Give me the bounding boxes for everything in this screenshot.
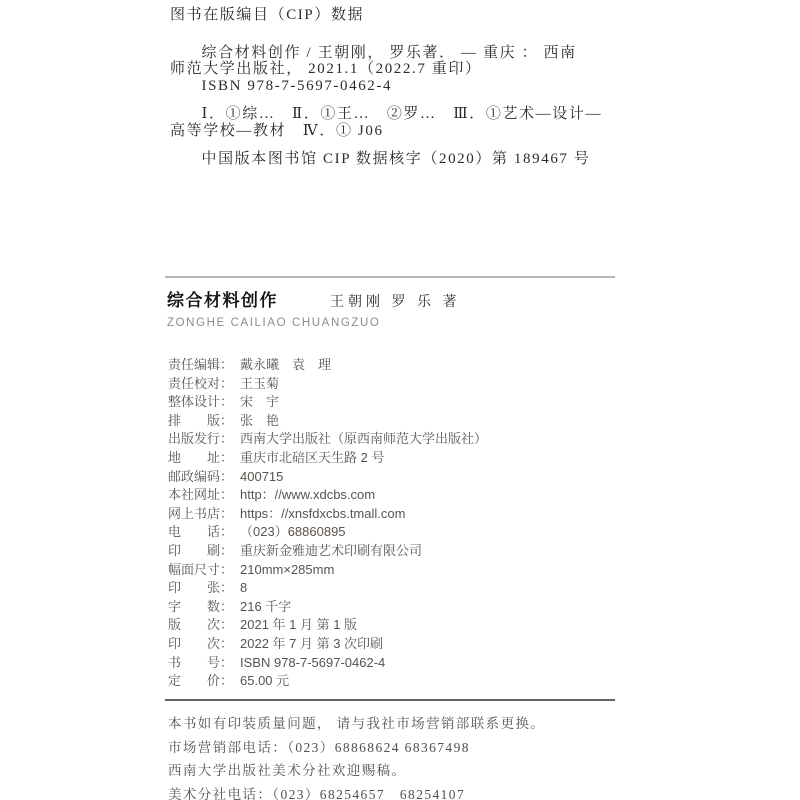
- info-row-website: 本社网址：http：//www.xdcbs.com: [168, 486, 648, 505]
- info-row-address: 地 址：重庆市北碚区天生路 2 号: [168, 449, 648, 468]
- info-value: 戴永曦 袁 理: [240, 357, 331, 372]
- info-label: 邮政编码：: [168, 468, 240, 487]
- info-label: 电 话：: [168, 523, 240, 542]
- info-row-dimensions: 幅面尺寸：210mm×285mm: [168, 561, 648, 580]
- info-value: 重庆新金雅迪艺术印刷有限公司: [240, 543, 422, 558]
- cip-header: 图书在版编目（CIP）数据: [170, 7, 730, 24]
- info-row-online-store: 网上书店：https：//xnsfdxcbs.tmall.com: [168, 505, 648, 524]
- info-label: 责任编辑：: [168, 356, 240, 375]
- info-row-sheets: 印 张：8: [168, 579, 648, 598]
- art-branch-phone: 美术分社电话：（023）68254657 68254107: [168, 783, 688, 800]
- info-value: （023）68860895: [240, 524, 346, 539]
- info-value: 216 千字: [240, 599, 291, 614]
- info-row-typesetter: 排 版：张 艳: [168, 412, 648, 431]
- info-row-price: 定 价：65.00 元: [168, 672, 648, 691]
- marketing-phone: 市场营销部电话：（023）68868624 68367498: [168, 736, 688, 760]
- info-value: 王玉菊: [240, 376, 279, 391]
- info-value: 65.00 元: [240, 673, 289, 688]
- copyright-page: 图书在版编目（CIP）数据 综合材料创作 / 王朝刚， 罗乐著． — 重庆 ： …: [0, 0, 800, 800]
- info-label: 整体设计：: [168, 393, 240, 412]
- cip-record-number: 中国版本图书馆 CIP 数据核字（2020）第 189467 号: [170, 151, 730, 168]
- info-row-edition: 版 次：2021 年 1 月 第 1 版: [168, 616, 648, 635]
- info-label: 印 张：: [168, 579, 240, 598]
- info-row-isbn: 书 号：ISBN 978-7-5697-0462-4: [168, 654, 648, 673]
- quality-notice: 本书如有印装质量问题， 请与我社市场营销部联系更换。: [168, 712, 688, 736]
- info-row-printer: 印 刷：重庆新金雅迪艺术印刷有限公司: [168, 542, 648, 561]
- info-row-postcode: 邮政编码：400715: [168, 468, 648, 487]
- info-label: 排 版：: [168, 412, 240, 431]
- info-label: 地 址：: [168, 449, 240, 468]
- info-value: 张 艳: [240, 413, 279, 428]
- cip-entry-line-2: 师范大学出版社， 2021.1（2022.7 重印）: [170, 61, 730, 78]
- info-value: 210mm×285mm: [240, 562, 334, 577]
- info-label: 网上书店：: [168, 505, 240, 524]
- info-value: 400715: [240, 469, 283, 484]
- submission-notice: 西南大学出版社美术分社欢迎赐稿。: [168, 759, 688, 783]
- info-value: http：//www.xdcbs.com: [240, 487, 375, 502]
- info-label: 责任校对：: [168, 375, 240, 394]
- bottom-divider: [165, 699, 615, 701]
- title-row: 综合材料创作 王朝刚 罗 乐 著: [167, 286, 627, 311]
- info-value: 2021 年 1 月 第 1 版: [240, 617, 357, 632]
- info-label: 幅面尺寸：: [168, 561, 240, 580]
- top-divider: [165, 276, 615, 278]
- publication-info-list: 责任编辑：戴永曦 袁 理 责任校对：王玉菊 整体设计：宋 宇 排 版：张 艳 出…: [168, 356, 648, 691]
- info-value: 重庆市北碚区天生路 2 号: [240, 450, 384, 465]
- info-row-impression: 印 次：2022 年 7 月 第 3 次印刷: [168, 635, 648, 654]
- info-label: 印 次：: [168, 635, 240, 654]
- book-authors: 王朝刚 罗 乐 著: [330, 291, 461, 311]
- info-value: https：//xnsfdxcbs.tmall.com: [240, 506, 405, 521]
- info-row-phone: 电 话：（023）68860895: [168, 523, 648, 542]
- info-row-publisher: 出版发行：西南大学出版社（原西南师范大学出版社）: [168, 430, 648, 449]
- info-row-editor: 责任编辑：戴永曦 袁 理: [168, 356, 648, 375]
- info-row-word-count: 字 数：216 千字: [168, 598, 648, 617]
- info-value: ISBN 978-7-5697-0462-4: [240, 655, 385, 670]
- cip-classification-line-1: Ⅰ．①综… Ⅱ．①王… ②罗… Ⅲ．①艺术—设计—: [170, 106, 730, 123]
- book-title: 综合材料创作: [167, 286, 278, 311]
- info-value: 宋 宇: [240, 394, 279, 409]
- cip-entry-line-1: 综合材料创作 / 王朝刚， 罗乐著． — 重庆 ： 西南: [170, 45, 730, 62]
- info-label: 书 号：: [168, 654, 240, 673]
- info-label: 出版发行：: [168, 430, 240, 449]
- title-block: 综合材料创作 王朝刚 罗 乐 著 ZONGHE CAILIAO CHUANGZU…: [167, 286, 627, 329]
- info-row-proofreader: 责任校对：王玉菊: [168, 375, 648, 394]
- cip-classification-line-2: 高等学校—教材 Ⅳ．① J06: [170, 123, 730, 140]
- cip-isbn: ISBN 978-7-5697-0462-4: [170, 78, 730, 95]
- info-label: 印 刷：: [168, 542, 240, 561]
- info-value: 8: [240, 580, 247, 595]
- info-label: 字 数：: [168, 598, 240, 617]
- info-value: 西南大学出版社（原西南师范大学出版社）: [240, 431, 487, 446]
- footer-notes: 本书如有印装质量问题， 请与我社市场营销部联系更换。 市场营销部电话：（023）…: [168, 712, 688, 800]
- info-label: 版 次：: [168, 616, 240, 635]
- info-label: 本社网址：: [168, 486, 240, 505]
- info-value: 2022 年 7 月 第 3 次印刷: [240, 636, 383, 651]
- info-row-designer: 整体设计：宋 宇: [168, 393, 648, 412]
- cip-block: 图书在版编目（CIP）数据 综合材料创作 / 王朝刚， 罗乐著． — 重庆 ： …: [170, 7, 730, 168]
- book-title-pinyin: ZONGHE CAILIAO CHUANGZUO: [167, 317, 627, 329]
- info-label: 定 价：: [168, 672, 240, 691]
